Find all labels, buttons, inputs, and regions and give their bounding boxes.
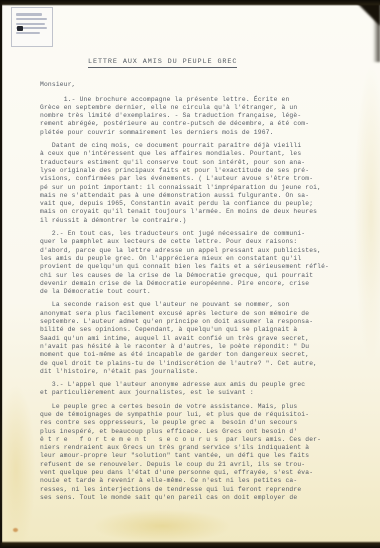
paragraph: Le peuple grec a certes besoin de votre … bbox=[40, 403, 352, 503]
text-line: niers rendraient aux Grecs un très grand… bbox=[40, 444, 352, 452]
text-line: rement abrégée, postérieure au contre-pu… bbox=[40, 120, 352, 128]
text-line: nombre très limité d'exemplaires. - Sa t… bbox=[40, 112, 352, 120]
paper-stain bbox=[92, 509, 232, 543]
paper-stain bbox=[354, 64, 380, 364]
text-line: traducteurs estiment qu'il conserve tout… bbox=[40, 159, 352, 167]
text-line: plétée pour couvrir sommairement les der… bbox=[40, 129, 352, 137]
stamp-text-row bbox=[16, 32, 40, 34]
text-line: Grèce en septembre dernier, elle ne circ… bbox=[40, 104, 352, 112]
paper-speck bbox=[13, 528, 18, 532]
text-line: devenir demain crise de la Démocratie eu… bbox=[40, 280, 352, 288]
text-line: anonymat sera plus facilement excusé apr… bbox=[40, 310, 352, 318]
paragraph: 1.- Une brochure accompagne la présente … bbox=[40, 96, 352, 137]
paper-stain bbox=[0, 384, 36, 548]
paragraph: La seconde raison est que l'auteur ne po… bbox=[40, 301, 352, 376]
text-line: res contre ses oppresseurs, le peuple gr… bbox=[40, 419, 352, 427]
paragraph: 3.- L'appel que l'auteur anonyme adresse… bbox=[40, 381, 352, 398]
text-line: refusent de se renouveler. Depuis le cou… bbox=[40, 461, 352, 469]
illegible-rubber-stamp-icon bbox=[11, 7, 53, 47]
text-line: plus inespéré, et beaucoup plus efficace… bbox=[40, 428, 352, 436]
stamp-text-row bbox=[16, 18, 47, 20]
scanned-page: LETTRE AUX AMIS DU PEUPLE GREC Monsieur,… bbox=[0, 0, 380, 548]
stamp-ink-blot bbox=[17, 26, 23, 31]
text-line: n'avait pas hésité à le raconter à d'aut… bbox=[40, 343, 352, 351]
letter-content: LETTRE AUX AMIS DU PEUPLE GREC Monsieur,… bbox=[40, 58, 352, 507]
letter-salutation: Monsieur, bbox=[40, 81, 352, 89]
text-line: 2.- En tout cas, les traducteurs ont jug… bbox=[40, 230, 352, 238]
text-line: resses, ni les interjections de tendress… bbox=[40, 486, 352, 494]
text-line: pé sur un point important: il connaissai… bbox=[40, 184, 352, 192]
text-line: ê t r e f o r t e m e n t s e c o u r u … bbox=[40, 436, 352, 444]
text-line: leur amour-propre leur "solution" tant v… bbox=[40, 452, 352, 460]
stamp-text-row bbox=[16, 23, 45, 25]
text-line: moment que toi-même as été incapable de … bbox=[40, 351, 352, 359]
text-line: de quel droit te plains-tu de l'indiscré… bbox=[40, 360, 352, 368]
text-line: à ceux que n'intéressent que les affaire… bbox=[40, 150, 352, 158]
letter-title: LETTRE AUX AMIS DU PEUPLE GREC bbox=[88, 58, 237, 68]
scan-edge-top bbox=[0, 0, 380, 6]
text-line: chi sur les causes de la crise de la Dém… bbox=[40, 272, 352, 280]
text-line: que de témoignages de sympathie pour lui… bbox=[40, 411, 352, 419]
text-line: provient de quelqu'un qui connaît bien l… bbox=[40, 263, 352, 271]
stamp-text-row bbox=[16, 13, 42, 15]
text-line: ses sens. Tout le monde sait qu'en parei… bbox=[40, 494, 352, 502]
text-line: La seconde raison est que l'auteur ne po… bbox=[40, 301, 352, 309]
text-line: Le peuple grec a certes besoin de votre … bbox=[40, 403, 352, 411]
text-line: Datant de cinq mois, ce document pourrai… bbox=[40, 142, 352, 150]
text-line: les amis du peuple grec. On l'appréciera… bbox=[40, 255, 352, 263]
paragraph: Datant de cinq mois, ce document pourrai… bbox=[40, 142, 352, 225]
scan-edge-left bbox=[0, 0, 3, 548]
text-line: visions, confirmées par les événements. … bbox=[40, 175, 352, 183]
text-line: lyse originale des principaux faits et p… bbox=[40, 167, 352, 175]
paper-sheet: LETTRE AUX AMIS DU PEUPLE GREC Monsieur,… bbox=[2, 4, 380, 543]
text-line: mais on croyait qu'il tenait toujours l'… bbox=[40, 208, 352, 216]
text-line: Saadi qu'un ami intime, auquel il avait … bbox=[40, 335, 352, 343]
text-line: bilité de ses opinions. Cependant, à que… bbox=[40, 326, 352, 334]
paragraph: 2.- En tout cas, les traducteurs ont jug… bbox=[40, 230, 352, 296]
text-line: nouie et tarde à revenir à elle-même. Ce… bbox=[40, 477, 352, 485]
scan-edge-bottom bbox=[0, 541, 380, 548]
text-line: septembre. L'auteur admet qu'en principe… bbox=[40, 318, 352, 326]
text-line: quer le pamphlet aux lecteurs de cette l… bbox=[40, 238, 352, 246]
text-line: d'abord, parce que la lettre adresse un … bbox=[40, 247, 352, 255]
text-line: de la Démocratie tout court. bbox=[40, 288, 352, 296]
text-line: mais ne s'attendait pas à une démonstrat… bbox=[40, 192, 352, 200]
text-line: vent quelque peu dans l'état d'une perso… bbox=[40, 469, 352, 477]
text-line: dit l'histoire, n'était pas journaliste. bbox=[40, 368, 352, 376]
text-line: il réussit à démontrer le contraire.) bbox=[40, 217, 352, 225]
letter-body: 1.- Une brochure accompagne la présente … bbox=[40, 96, 352, 503]
text-line: 3.- L'appel que l'auteur anonyme adresse… bbox=[40, 381, 352, 389]
text-line: vait que, depuis 1965, Constantin avait … bbox=[40, 200, 352, 208]
text-line: et particulièrement aux journalistes, es… bbox=[40, 389, 352, 397]
text-line: 1.- Une brochure accompagne la présente … bbox=[40, 96, 352, 104]
